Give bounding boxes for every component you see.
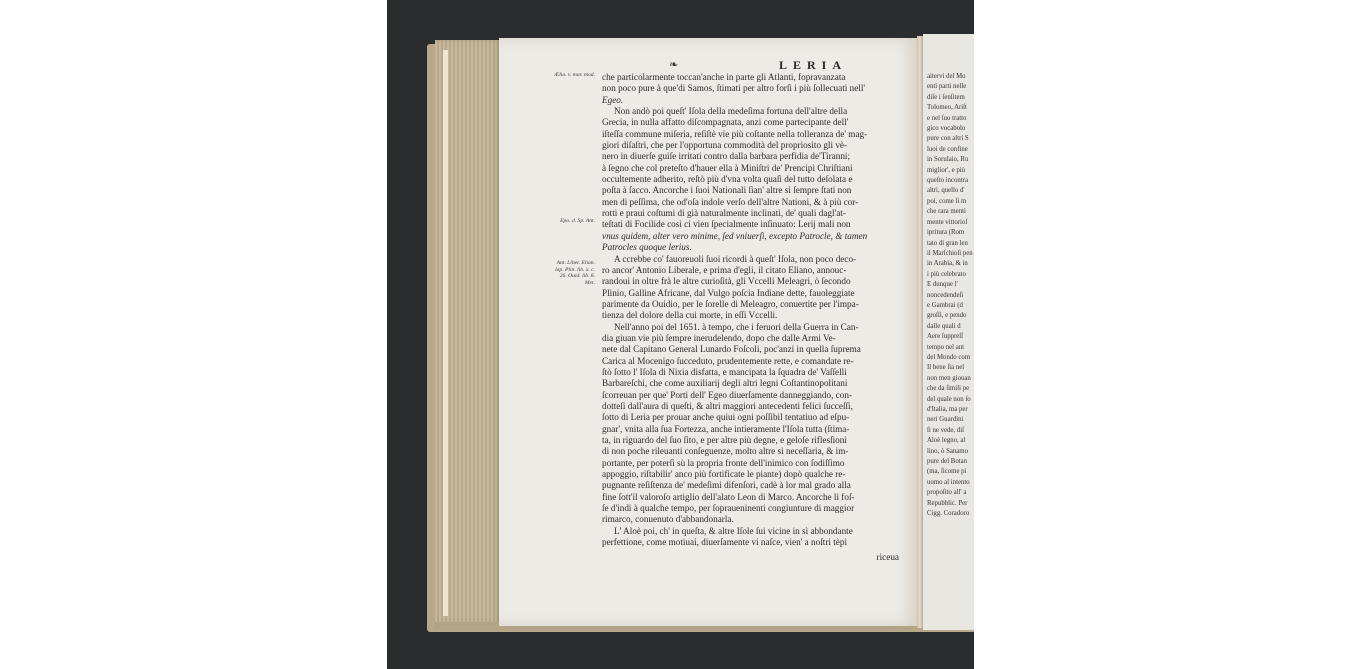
- margin-note: Epo. d. Sp. Ant.: [549, 218, 595, 225]
- text-line: nero in diuerſe guiſe irritati contro da…: [602, 151, 914, 162]
- text-line: A ccrebbe co' fauoreuoli ſuoi ricordi à …: [602, 254, 914, 265]
- text-line: di non poche rileuanti conſeguenze, molt…: [602, 446, 914, 457]
- text-line: perfettione, come motiuai, diuerſamente …: [602, 537, 914, 548]
- text-line: queſto incontra: [927, 176, 974, 186]
- text-line: poſta à ſacco. Ancorche i ſuoi Nationali…: [602, 185, 914, 196]
- text-line: vnus quidem, alter vero minime, ſed vniu…: [602, 231, 914, 242]
- body-text: che particolarmente toccan'anche in part…: [602, 72, 914, 548]
- text-line: dalle quali d: [927, 322, 974, 332]
- text-line: portante, per poterſi sù la propria fron…: [602, 458, 914, 469]
- page-fore-edge: [435, 40, 501, 624]
- text-line: rimarco, conuenuto d'abbandonarla.: [602, 514, 914, 525]
- text-line: tato di gran len: [927, 239, 974, 249]
- text-line: E dunque l': [927, 280, 974, 290]
- running-head: LERIA: [779, 58, 847, 73]
- text-line: gnar', vnita alla ſua Fortezza, anche in…: [602, 424, 914, 435]
- text-line: Tolomeo, Ariſt: [927, 103, 974, 113]
- text-line: Carica al Mocenigo ſucceduto, prudenteme…: [602, 356, 914, 367]
- text-line: Aere ſuppreſſ: [927, 332, 974, 342]
- text-line: non poco pure à que'di Samos, ſtimati pe…: [602, 83, 914, 94]
- text-line: ipritura (Rom: [927, 228, 974, 238]
- text-line: che da ſimili pe: [927, 384, 974, 394]
- text-line: giori diſaſtri, che per l'opportuna comm…: [602, 140, 914, 151]
- text-line: à ſegno che col preteſto d'hauer ella à …: [602, 163, 914, 174]
- text-line: Egeo.: [602, 95, 914, 106]
- text-line: gico vocabolo: [927, 124, 974, 134]
- text-line: tienza del dolore della cui morte, in eſ…: [602, 310, 914, 321]
- text-line: poi, come ſi m: [927, 197, 974, 207]
- head-ornament: ❧: [669, 58, 678, 71]
- margin-note: Ant. Liber. Elian. lap. Plin. lib. x. c.…: [549, 260, 595, 286]
- book-photograph: ❧ LERIA Ælia. v. mar. mod. Epo. d. Sp. A…: [387, 0, 974, 669]
- text-line: L' Aloè poi, ch' in queſta, & altre Iſol…: [602, 526, 914, 537]
- text-line: occultemente adherito, reſtò più d'vna v…: [602, 174, 914, 185]
- text-line: pure del Botan: [927, 457, 974, 467]
- text-line: fine ſott'il valoroſo artiglio dell'alat…: [602, 492, 914, 503]
- text-line: ſe d'indi à qualche tempo, per ſopraueni…: [602, 503, 914, 514]
- text-line: (ma, ſicome pi: [927, 467, 974, 477]
- text-line: il Marſchioſi pen: [927, 249, 974, 259]
- text-line: propoſito all' a: [927, 488, 974, 498]
- text-line: Patrocles quoque lerius.: [602, 242, 914, 253]
- text-line: Plinio, Galline Africane, dal Vulgo poſc…: [602, 288, 914, 299]
- text-line: appoggio, riſtabilir' anco più fortifica…: [602, 469, 914, 480]
- text-line: rotti e praui coſtumi di già naturalment…: [602, 208, 914, 219]
- left-page: ❧ LERIA Ælia. v. mar. mod. Epo. d. Sp. A…: [499, 38, 919, 626]
- text-line: che particolarmente toccan'anche in part…: [602, 72, 914, 83]
- text-line: Grecia, in nulla affatto diſcompagnata, …: [602, 117, 914, 128]
- text-line: ta, in riguardo del ſuo ſito, e per altr…: [602, 435, 914, 446]
- text-line: lino, ò Sanamo: [927, 447, 974, 457]
- text-line: dia giuan vie più ſempre inerudelendo, d…: [602, 333, 914, 344]
- catchword: riceua: [877, 552, 899, 562]
- margin-note: Ælia. v. mar. mod.: [549, 72, 595, 79]
- text-line: i più celebrato: [927, 270, 974, 280]
- text-line: teſtati di Focilide così ci vien ſpecial…: [602, 219, 914, 230]
- text-line: che rara menti: [927, 207, 974, 217]
- text-line: in Sorulaio, Ru: [927, 155, 974, 165]
- text-line: Non andò poi queſt' Iſola della medeſima…: [602, 106, 914, 117]
- text-line: Aloè legno, al: [927, 436, 974, 446]
- text-line: iſteſſa commune miſeria, reſiſtè vie più…: [602, 129, 914, 140]
- text-line: tempo nel ant: [927, 343, 974, 353]
- text-line: enti parti nelle: [927, 82, 974, 92]
- text-line: ſcorreuan per que' Porti dell' Egeo diue…: [602, 390, 914, 401]
- text-line: neri Guardini: [927, 415, 974, 425]
- text-line: luoi de confine: [927, 145, 974, 155]
- text-line: parimente da Ouidio, per le ſorelle di M…: [602, 299, 914, 310]
- text-line: noncedendeſi: [927, 291, 974, 301]
- text-line: pure con altri S: [927, 134, 974, 144]
- text-line: Cigg. Coradoro: [927, 509, 974, 519]
- text-line: del quale non ſo: [927, 395, 974, 405]
- text-line: Il bene ſia nel: [927, 363, 974, 373]
- text-line: e nel ſuo tratto: [927, 114, 974, 124]
- text-line: ſotto di Leria per prouar anche quiui og…: [602, 412, 914, 423]
- text-line: miglior', e più: [927, 166, 974, 176]
- text-line: diſe i ſenſitem: [927, 93, 974, 103]
- text-line: del Mondo com: [927, 353, 974, 363]
- text-line: non men giouan: [927, 374, 974, 384]
- text-line: uomo al intento: [927, 478, 974, 488]
- text-line: randoui in oltre frà le altre curioſità,…: [602, 276, 914, 287]
- text-line: Barbareſchi, che come auxiliarij degli a…: [602, 378, 914, 389]
- text-line: dotteſi dall'aura di queſti, & altri mag…: [602, 401, 914, 412]
- text-line: ro ancor' Antonio Liberale, e prima d'eg…: [602, 265, 914, 276]
- text-line: men di peſſima, che od'oſa indole verſo …: [602, 197, 914, 208]
- text-line: aitervi del Mo: [927, 72, 974, 82]
- edge-highlight: [443, 50, 448, 616]
- text-line: in Arabia, & in: [927, 259, 974, 269]
- text-line: d'Italia, ma per: [927, 405, 974, 415]
- text-line: Nell'anno poi del 1651. à tempo, che i f…: [602, 322, 914, 333]
- text-line: nete dal Capitano General Lunardo Foſcol…: [602, 344, 914, 355]
- page-header: ❧ LERIA: [559, 58, 909, 72]
- text-line: e Gambrai (d: [927, 301, 974, 311]
- right-page-text: aitervi del Mo enti parti nelle diſe i ſ…: [927, 72, 974, 519]
- text-line: ſtò ſotto l' Iſola di Nixia disfatta, e …: [602, 367, 914, 378]
- text-line: ſi ne vede, diſ: [927, 426, 974, 436]
- text-line: Repubblic. Per: [927, 499, 974, 509]
- text-line: groſſi, e pendo: [927, 311, 974, 321]
- right-page: aitervi del Mo enti parti nelle diſe i ſ…: [923, 34, 974, 630]
- text-line: altri, quello d': [927, 186, 974, 196]
- text-line: mente vittorioſ: [927, 218, 974, 228]
- text-line: pugnante reſiſtenza de' medeſimi difenſo…: [602, 480, 914, 491]
